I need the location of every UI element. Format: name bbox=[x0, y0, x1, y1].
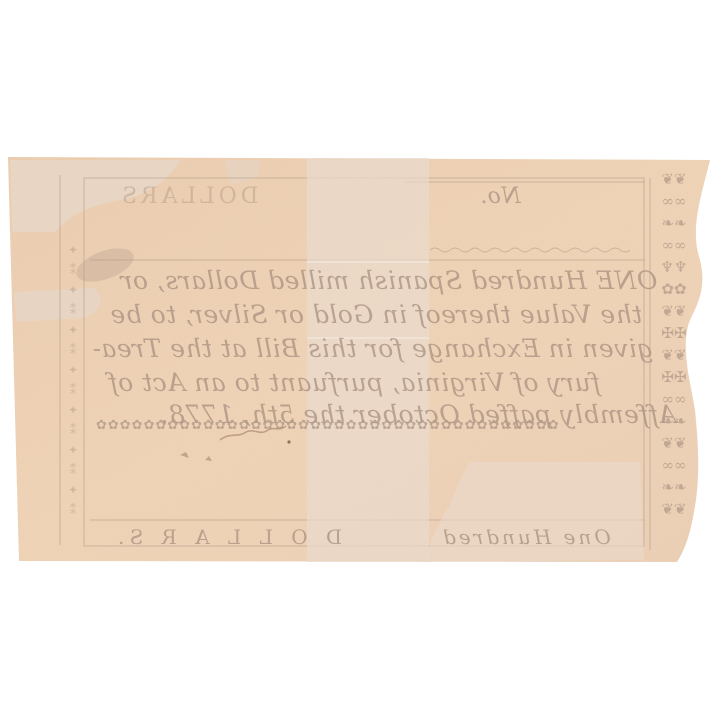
rosette-ornament-row: ✿✿✿✿✿✿✿✿✿✿✿✿✿✿✿✿✿✿✿✿✿✿✿✿✿✿✿✿✿✿✿✿✿✿✿✿✿✿✿ bbox=[96, 418, 644, 433]
ornament-glyph: ✦ bbox=[64, 280, 82, 300]
ornament-glyph: ✿✿ bbox=[652, 278, 696, 300]
ornament-glyph: ⁑ bbox=[64, 380, 82, 400]
ornament-glyph: ♆♆ bbox=[652, 256, 696, 278]
banner-denomination: DOLLARS bbox=[118, 184, 258, 209]
bottom-denomination-letters: D O L L A R S. bbox=[112, 525, 342, 549]
ornament-glyph: ❦❦ bbox=[652, 432, 696, 454]
ornament-glyph: ❧❧ bbox=[652, 410, 696, 432]
ornament-glyph: ∞∞ bbox=[652, 234, 696, 256]
ornament-glyph: ❧❧ bbox=[652, 476, 696, 498]
serial-number-label: No. bbox=[480, 184, 521, 209]
note-text-line-3: given in Exchange for this Bill at the T… bbox=[92, 334, 653, 363]
left-ornamental-border: ✦ ⁑ ✦ ⁑ ✦ ⁑ ✦ ⁑ ✦ ⁑ ✦ ⁑ ✦ ⁑ bbox=[64, 240, 82, 520]
ornament-glyph: ⁑ bbox=[64, 460, 82, 480]
ornament-glyph: ⁑ bbox=[64, 260, 82, 280]
note-text-line-1: ONE Hundred Spanish milled Dollars, or bbox=[120, 266, 657, 295]
ornament-glyph: ❦❦ bbox=[652, 344, 696, 366]
ornament-glyph: ❦❦ bbox=[652, 300, 696, 322]
right-ornamental-border: ❦❦ ∞∞ ❧❧ ∞∞ ♆♆ ✿✿ ❦❦ ✠✠ ❦❦ ✠✠ ∞∞ ❧❧ ❦❦ ∞… bbox=[652, 168, 696, 520]
ornament-glyph: ✦ bbox=[64, 360, 82, 380]
ornament-glyph: ∞∞ bbox=[652, 190, 696, 212]
ornament-glyph: ✦ bbox=[64, 320, 82, 340]
ornament-glyph: ❧❧ bbox=[652, 212, 696, 234]
ornament-glyph: ✠✠ bbox=[652, 366, 696, 388]
ornament-glyph: ✦ bbox=[64, 400, 82, 420]
ornament-glyph: ✦ bbox=[64, 480, 82, 500]
ornament-glyph: ❦❦ bbox=[652, 498, 696, 520]
ornament-glyph: ⁑ bbox=[64, 500, 82, 520]
ornament-glyph: ∞∞ bbox=[652, 388, 696, 410]
ornament-glyph: ❦❦ bbox=[652, 168, 696, 190]
ornament-glyph: ⁑ bbox=[64, 340, 82, 360]
ornament-glyph: ⁑ bbox=[64, 300, 82, 320]
note-text-line-4: fury of Virginia, purfuant to an Act of bbox=[108, 368, 600, 397]
bottom-denomination-words: One Hundred bbox=[440, 525, 611, 549]
ornament-glyph: ⁑ bbox=[64, 420, 82, 440]
ornament-glyph: ∞∞ bbox=[652, 454, 696, 476]
ornament-glyph: ✠✠ bbox=[652, 322, 696, 344]
ornament-glyph: ✦ bbox=[64, 440, 82, 460]
ornament-glyph: ✦ bbox=[64, 240, 82, 260]
note-text-line-2: the Value thereof in Gold or Silver, to … bbox=[110, 300, 642, 329]
currency-note-photo: No. DOLLARS ONE Hundred Spanish milled D… bbox=[0, 0, 720, 720]
